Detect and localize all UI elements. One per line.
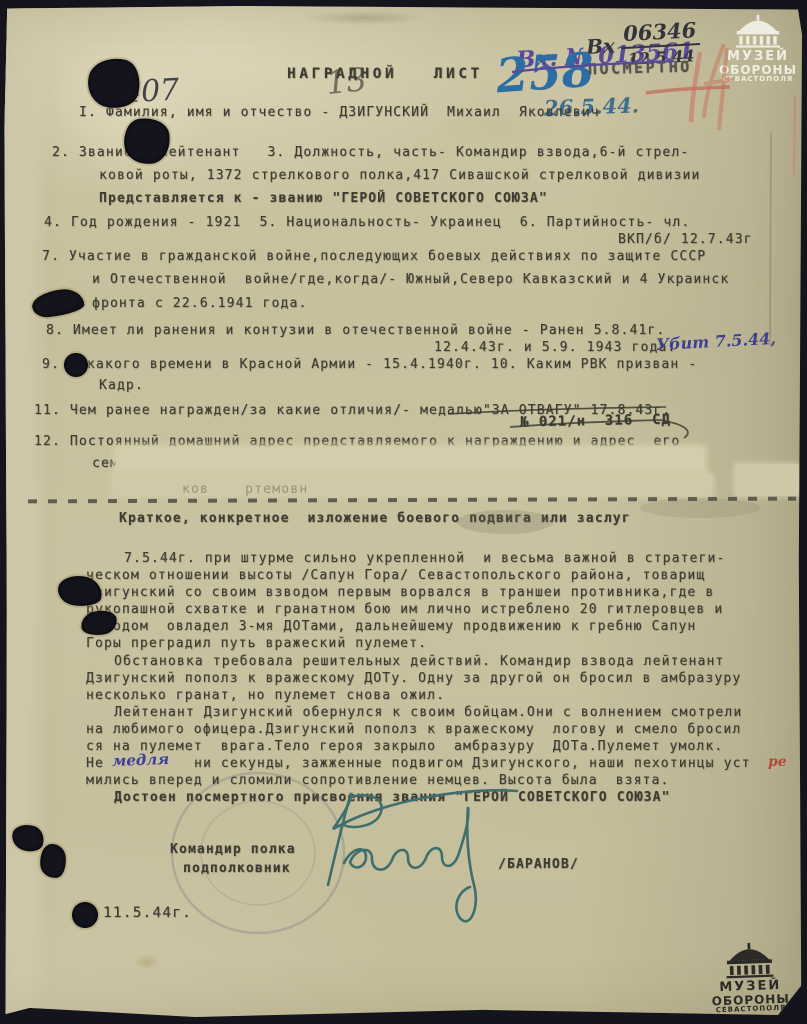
typed-line: 7.5.44г. при штурме сильно укрепленной и… [124, 551, 725, 566]
typed-line: 9. С какого времени в Красной Армии - 15… [42, 357, 697, 372]
punch-hole [72, 902, 98, 928]
museum-rotunda-icon [732, 14, 784, 48]
stain [134, 954, 160, 970]
typed-line: Кадр. [99, 378, 144, 393]
typed-line: ся на пулемет врага.Тело героя закрыло а… [86, 739, 723, 754]
typed-line: 8. Имеет ли ранения и контузии в отечест… [46, 323, 665, 338]
typed-line: фронта с 22.6.1941 года. [92, 296, 307, 311]
paper-sheet: 407 13 Вх. № 013561 26.5.44. Вх 06346 12… [4, 6, 802, 1018]
red-correction-syllable: ре [768, 754, 787, 770]
typed-line: Достоен посмертного присвоения звания "Г… [114, 790, 671, 805]
museum-watermark-bottom: МУЗЕЙ ОБОРОНЫ СЕВАСТОПОЛЯ [706, 941, 794, 1016]
typed-line: Не [86, 756, 104, 771]
torn-hole [9, 822, 46, 855]
typed-line: и Отечественной войне/где,когда/- Южный,… [92, 272, 729, 287]
typed-line: несколько гранат, но пулемет снова ожил. [86, 688, 445, 703]
typed-line: Горы преградил путь вражеский пулемет. [86, 636, 427, 651]
document-scan: 407 13 Вх. № 013561 26.5.44. Вх 06346 12… [0, 0, 807, 1024]
redacted-address-strip [116, 447, 704, 477]
killed-in-action-note: Убит 7.5.44, [656, 329, 777, 354]
watermark-text: МУЗЕЙ [727, 50, 789, 64]
dashed-separator [28, 497, 796, 504]
order-reference-note: № 021/н 316 СД [520, 412, 671, 431]
redacted-corner-strip [735, 464, 799, 496]
typed-line: Представляется к - званию "ГЕРОЙ СОВЕТСК… [99, 191, 548, 206]
typed-line: 12.4.43г. и 5.9. 1943 года. [434, 340, 676, 355]
museum-watermark-top: МУЗЕЙ ОБОРОНЫ СЕВАСТОПОЛЯ [722, 14, 794, 84]
incoming-ink-number: 06346 [620, 17, 700, 49]
typed-line: Дзигунский пополз к вражескому ДОТу. Одн… [86, 671, 741, 686]
typed-line: 7. Участие в гражданской войне,последующ… [42, 249, 706, 264]
signer-role-line1: Командир полка [170, 842, 296, 857]
inserted-word-note: медля [112, 750, 170, 770]
signer-role-line2: подполковник [183, 861, 291, 876]
typed-line: ВКП/б/ 12.7.43г [618, 232, 753, 247]
torn-hole [38, 843, 67, 880]
signer-name-typed: /БАРАНОВ/ [498, 857, 579, 872]
typed-line: Обстановка требовала решительных действи… [114, 654, 724, 669]
typed-line: 4. Год рождения - 1921 5. Национальность… [44, 215, 690, 230]
typed-line: ческом отношении высоты /Сапун Гора/ Сев… [86, 568, 705, 583]
torn-hole [31, 287, 85, 318]
typed-line: I. Фамилия, имя и отчество - ДЗИГУНСКИЙ … [79, 105, 600, 120]
typed-line: взводом овладел 3-мя ДОТами, дальнейшему… [86, 619, 696, 634]
watermark-text: СЕВАСТОПОЛЯ [716, 1005, 787, 1015]
typed-line: мились вперед и сломили сопротивление не… [86, 773, 669, 788]
bottom-date: 11.5.44г. [103, 905, 192, 921]
typed-line: Лейтенант Дзигунский обернулся к своим б… [114, 705, 742, 720]
document-title: НАГРАДНОЙ ЛИСТ [287, 66, 483, 82]
stain [304, 11, 424, 25]
blue-index-number: 258 [494, 43, 596, 105]
typed-line: ни секунды, зажженные подвигом Дзигунско… [194, 756, 751, 771]
watermark-text: СЕВАСТОПОЛЯ [723, 76, 794, 83]
faint-erased-text: ков ртемовн [182, 482, 308, 497]
section-heading: Краткое, конкретное изложение боевого по… [119, 511, 631, 526]
posthumous-stamp: ПОСМЕРТНО [588, 58, 692, 79]
typed-line: Дзигунский со своим взводом первым ворва… [86, 585, 714, 600]
museum-rotunda-icon [721, 941, 778, 979]
punch-hole [64, 353, 88, 377]
typed-line: на любимого офицера.Дзигунский пополз к … [86, 722, 741, 737]
typed-line: рукопашной схватке и гранатном бою им ли… [86, 602, 723, 617]
typed-line: ковой роты, 1372 стрелкового полка,417 С… [99, 168, 700, 183]
